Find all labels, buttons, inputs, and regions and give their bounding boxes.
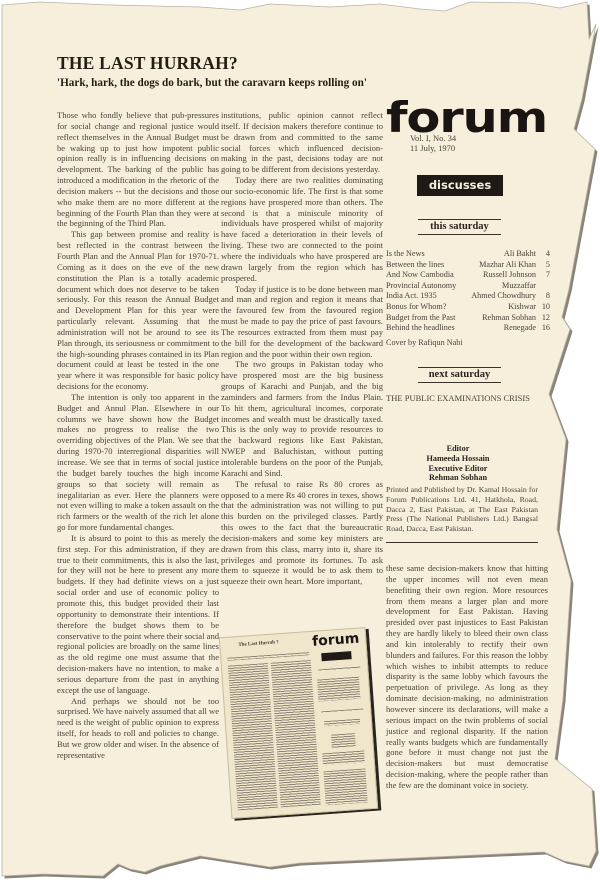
toc-item: Behind the headlinesRenegade16 <box>386 323 550 334</box>
next-saturday-topic: THE PUBLIC EXAMINATIONS CRISIS <box>386 393 530 403</box>
editor-label: Editor <box>386 444 530 454</box>
toc-title: Budget from the Past <box>386 313 455 324</box>
thumbnail-text-column <box>228 663 278 810</box>
next-saturday-heading: next saturday <box>418 367 501 383</box>
toc-page: 12 <box>536 313 550 324</box>
thumbnail-discusses-box <box>321 651 351 661</box>
toc-author: Ahmed Chowdhury <box>437 291 536 302</box>
thumbnail-rule <box>318 667 360 672</box>
toc-item: Budget from the PastRehman Sobhan12 <box>386 313 550 324</box>
toc-item: Between the linesMazhar Ali Khan5 <box>386 260 550 271</box>
thumbnail-next-topic <box>324 719 360 726</box>
toc-author: Rehman Sobhan <box>455 313 536 324</box>
toc-title: Behind the headlines <box>386 323 455 334</box>
publisher-imprint: Printed and Published by Dr. Kamal Hossa… <box>386 485 538 534</box>
article-column-1: Those who fondly believe that pub-pressu… <box>57 110 219 761</box>
paragraph: Today there are two realities dominating… <box>221 175 383 283</box>
toc-author: Mazhar Ali Khan <box>444 260 536 271</box>
cover-credit: Cover by Rafiqun Nabi <box>386 338 550 349</box>
issue-date: 11 July, 1970 <box>410 144 456 154</box>
thumbnail-imprint <box>322 750 365 765</box>
table-of-contents: Is the NewsAli Bakht4 Between the linesM… <box>386 249 550 348</box>
this-saturday-heading: this saturday <box>418 219 501 235</box>
paragraph: It is absurd to point to this as merely … <box>57 533 219 696</box>
toc-page: 4 <box>536 249 550 260</box>
toc-title: India Act. 1935 <box>386 291 437 302</box>
toc-title: Between the lines <box>386 260 444 271</box>
thumbnail-text-column <box>323 768 367 805</box>
thumbnail-subtitle-lines <box>227 652 309 661</box>
paragraph: these same decision-makers know that hit… <box>386 563 548 791</box>
thumbnail-logo: forum <box>312 631 360 650</box>
thumbnail-toc <box>317 677 360 702</box>
toc-page: 8 <box>536 291 550 302</box>
toc-title: Provincial Autonomy <box>386 281 456 292</box>
toc-author: Muzzaffar <box>456 281 536 292</box>
executive-editor-name: Rehman Sobhan <box>386 473 530 483</box>
executive-editor-label: Executive Editor <box>386 464 530 474</box>
toc-page: 16 <box>536 323 550 334</box>
paragraph: And perhaps we should not be too surpris… <box>57 696 219 761</box>
toc-item: Provincial AutonomyMuzzaffar <box>386 281 550 292</box>
toc-page: 7 <box>536 270 550 281</box>
toc-title: Bonus for Whom? <box>386 302 446 313</box>
toc-page: 10 <box>536 302 550 313</box>
paragraph: This gap between promise and reality is … <box>57 229 219 392</box>
toc-author: Russell Johnson <box>454 270 536 281</box>
thumbnail-text-column <box>271 660 321 807</box>
magazine-page: THE LAST HURRAH? 'Hark, hark, the dogs d… <box>0 0 600 892</box>
paragraph: The two groups in Pakistan today who hav… <box>221 359 383 478</box>
article-column-2: institutions, public opinion cannot refl… <box>221 110 383 587</box>
toc-author: Ali Bakht <box>425 249 536 260</box>
paragraph: The intention is only too apparent in th… <box>57 392 219 533</box>
thumbnail-rule <box>321 708 363 713</box>
toc-author: Kishwar <box>446 302 536 313</box>
original-page-thumbnail: The Last Hurrah ? forum <box>219 627 378 819</box>
toc-item: India Act. 1935Ahmed Chowdhury8 <box>386 291 550 302</box>
toc-item: And Now CambodiaRussell Johnson7 <box>386 270 550 281</box>
discusses-banner: discusses <box>417 175 503 196</box>
article-subtitle: 'Hark, hark, the dogs do bark, but the c… <box>57 77 367 89</box>
paragraph: The refusal to raise Rs 80 crores as opp… <box>221 479 383 587</box>
article-title: THE LAST HURRAH? <box>57 53 238 74</box>
issue-info: Vol. I, No. 34 11 July, 1970 <box>410 134 456 153</box>
paragraph: Those who fondly believe that pub-pressu… <box>57 110 219 229</box>
toc-author: Renegade <box>455 323 536 334</box>
toc-page <box>536 281 550 292</box>
divider <box>386 542 538 543</box>
paragraph: institutions, public opinion cannot refl… <box>221 110 383 175</box>
toc-title: Is the News <box>386 249 425 260</box>
toc-item: Bonus for Whom?Kishwar10 <box>386 302 550 313</box>
thumbnail-title: The Last Hurrah ? <box>238 640 279 648</box>
thumbnail-credits <box>331 733 356 749</box>
article-column-3: these same decision-makers know that hit… <box>386 563 548 791</box>
toc-title: And Now Cambodia <box>386 270 454 281</box>
toc-item: Is the NewsAli Bakht4 <box>386 249 550 260</box>
toc-page: 5 <box>536 260 550 271</box>
editorial-credits: Editor Hameeda Hossain Executive Editor … <box>386 444 530 483</box>
editor-name: Hameeda Hossain <box>386 454 530 464</box>
paragraph: Today if justice is to be done between m… <box>221 284 383 360</box>
